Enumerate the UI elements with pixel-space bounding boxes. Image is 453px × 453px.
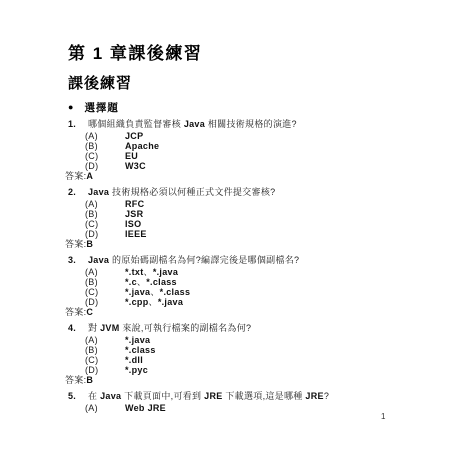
- option-row: (D)*.cpp、*.java: [68, 297, 393, 307]
- question-item: 5.在 Java 下載頁面中,可看到 JRE 下載選項,這是哪種 JRE?(A)…: [68, 390, 393, 413]
- answer-label: 答案:: [65, 239, 86, 249]
- option-letter: (D): [85, 365, 125, 375]
- option-text: IEEE: [125, 229, 147, 239]
- question-number: 1.: [68, 118, 88, 130]
- option-letter: (A): [85, 335, 125, 345]
- answer-row: 答案:B: [65, 375, 393, 385]
- option-text: Web JRE: [125, 403, 166, 413]
- option-row: (A)*.java: [68, 335, 393, 345]
- question-text: Java 的原始碼副檔名為何?編譯完後是哪個副檔名?: [88, 254, 299, 266]
- option-text: *.txt、*.java: [125, 267, 178, 277]
- option-letter: (C): [85, 219, 125, 229]
- answer-label: 答案:: [65, 171, 86, 181]
- option-letter: (B): [85, 277, 125, 287]
- option-row: (C)*.dll: [68, 355, 393, 365]
- option-text: Apache: [125, 141, 159, 151]
- option-text: *.class: [125, 345, 156, 355]
- option-text: EU: [125, 151, 138, 161]
- option-letter: (A): [85, 131, 125, 141]
- page-number: 1: [381, 412, 385, 421]
- option-row: (A)RFC: [68, 199, 393, 209]
- question-item: 3.Java 的原始碼副檔名為何?編譯完後是哪個副檔名?(A)*.txt、*.j…: [68, 254, 393, 317]
- answer-value: B: [86, 375, 93, 385]
- answer-value: C: [86, 307, 93, 317]
- question-number: 2.: [68, 186, 88, 198]
- option-row: (A)Web JRE: [68, 403, 393, 413]
- option-letter: (D): [85, 229, 125, 239]
- answer-row: 答案:A: [65, 171, 393, 181]
- option-row: (C)EU: [68, 151, 393, 161]
- option-row: (B)Apache: [68, 141, 393, 151]
- option-row: (B)JSR: [68, 209, 393, 219]
- document-page: 第 1 章課後練習 課後練習 ● 選擇題 1.哪個組織負責監督審核 Java 相…: [0, 0, 453, 453]
- option-letter: (B): [85, 345, 125, 355]
- option-text: *.pyc: [125, 365, 148, 375]
- option-row: (A)JCP: [68, 131, 393, 141]
- question-list: 1.哪個組織負責監督審核 Java 相關技術規格的演進?(A)JCP(B)Apa…: [68, 118, 393, 413]
- option-text: ISO: [125, 219, 141, 229]
- option-row: (D)W3C: [68, 161, 393, 171]
- option-text: W3C: [125, 161, 146, 171]
- option-row: (C)*.java、*.class: [68, 287, 393, 297]
- option-text: *.java、*.class: [125, 287, 190, 297]
- answer-value: A: [86, 171, 93, 181]
- question-text: 對 JVM 來說,可執行檔案的副檔名為何?: [88, 322, 251, 334]
- option-text: *.cpp、*.java: [125, 297, 183, 307]
- question-line: 2.Java 技術規格必須以何種正式文件提交審核?: [68, 186, 393, 198]
- question-line: 4.對 JVM 來說,可執行檔案的副檔名為何?: [68, 322, 393, 334]
- option-row: (C)ISO: [68, 219, 393, 229]
- option-row: (B)*.class: [68, 345, 393, 355]
- answer-label: 答案:: [65, 307, 86, 317]
- option-letter: (A): [85, 199, 125, 209]
- option-text: RFC: [125, 199, 144, 209]
- question-text: 在 Java 下載頁面中,可看到 JRE 下載選項,這是哪種 JRE?: [88, 390, 329, 402]
- option-letter: (B): [85, 141, 125, 151]
- chapter-title: 第 1 章課後練習: [68, 44, 393, 63]
- subsection-title: 選擇題: [84, 100, 119, 115]
- option-text: *.dll: [125, 355, 143, 365]
- option-letter: (D): [85, 297, 125, 307]
- option-text: JCP: [125, 131, 143, 141]
- option-letter: (C): [85, 355, 125, 365]
- question-line: 5.在 Java 下載頁面中,可看到 JRE 下載選項,這是哪種 JRE?: [68, 390, 393, 402]
- answer-value: B: [86, 239, 93, 249]
- option-text: *.c、*.class: [125, 277, 177, 287]
- option-letter: (A): [85, 403, 125, 413]
- question-text: Java 技術規格必須以何種正式文件提交審核?: [88, 186, 275, 198]
- subsection-heading: ● 選擇題: [68, 102, 393, 113]
- option-row: (D)*.pyc: [68, 365, 393, 375]
- option-row: (D)IEEE: [68, 229, 393, 239]
- question-item: 4.對 JVM 來說,可執行檔案的副檔名為何?(A)*.java(B)*.cla…: [68, 322, 393, 385]
- question-line: 3.Java 的原始碼副檔名為何?編譯完後是哪個副檔名?: [68, 254, 393, 266]
- question-item: 2.Java 技術規格必須以何種正式文件提交審核?(A)RFC(B)JSR(C)…: [68, 186, 393, 249]
- option-letter: (B): [85, 209, 125, 219]
- option-letter: (C): [85, 151, 125, 161]
- option-row: (A)*.txt、*.java: [68, 267, 393, 277]
- question-item: 1.哪個組織負責監督審核 Java 相關技術規格的演進?(A)JCP(B)Apa…: [68, 118, 393, 181]
- question-number: 5.: [68, 390, 88, 402]
- option-letter: (A): [85, 267, 125, 277]
- option-text: *.java: [125, 335, 150, 345]
- answer-label: 答案:: [65, 375, 86, 385]
- option-letter: (D): [85, 161, 125, 171]
- question-number: 3.: [68, 254, 88, 266]
- question-text: 哪個組織負責監督審核 Java 相關技術規格的演進?: [88, 118, 297, 130]
- answer-row: 答案:B: [65, 239, 393, 249]
- option-letter: (C): [85, 287, 125, 297]
- answer-row: 答案:C: [65, 307, 393, 317]
- option-text: JSR: [125, 209, 143, 219]
- section-title: 課後練習: [68, 75, 393, 92]
- question-number: 4.: [68, 322, 88, 334]
- option-row: (B)*.c、*.class: [68, 277, 393, 287]
- question-line: 1.哪個組織負責監督審核 Java 相關技術規格的演進?: [68, 118, 393, 130]
- bullet-icon: ●: [68, 103, 73, 112]
